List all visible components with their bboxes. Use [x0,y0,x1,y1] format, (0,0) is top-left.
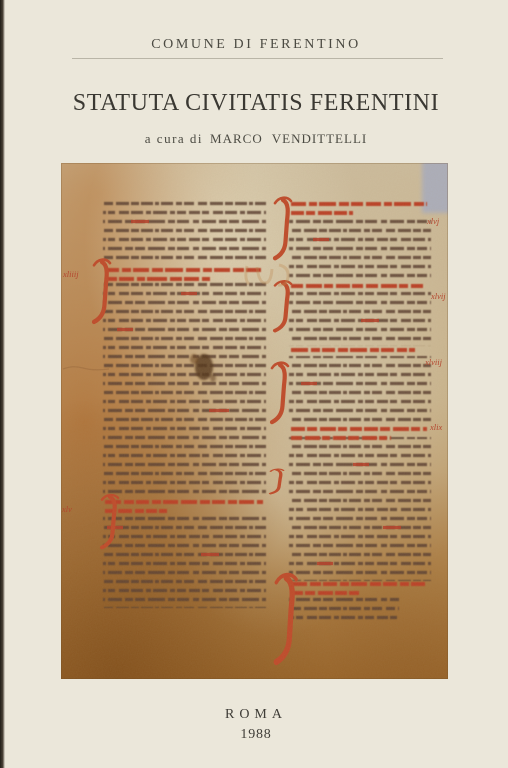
imprint-place: ROMA [4,707,508,723]
byline-prefix: a cura di [145,131,203,146]
editor-name: MARCO VENDITTELLI [210,131,367,146]
book-cover: COMUNE DI FERENTINO STATUTA CIVITATIS FE… [0,0,508,768]
byline: a cura diMARCO VENDITTELLI [4,131,508,147]
manuscript-photo: xliiij xlv xlvj xlvij xlviij xlix [61,163,448,679]
header-rule [72,58,443,59]
manuscript-photo-illustration: xliiij xlv xlvj xlvij xlviij xlix [61,163,448,679]
publisher-name: COMUNE DI FERENTINO [4,37,508,53]
book-title: STATUTA CIVITATIS FERENTINI [4,90,508,117]
imprint-year: 1988 [4,727,508,743]
